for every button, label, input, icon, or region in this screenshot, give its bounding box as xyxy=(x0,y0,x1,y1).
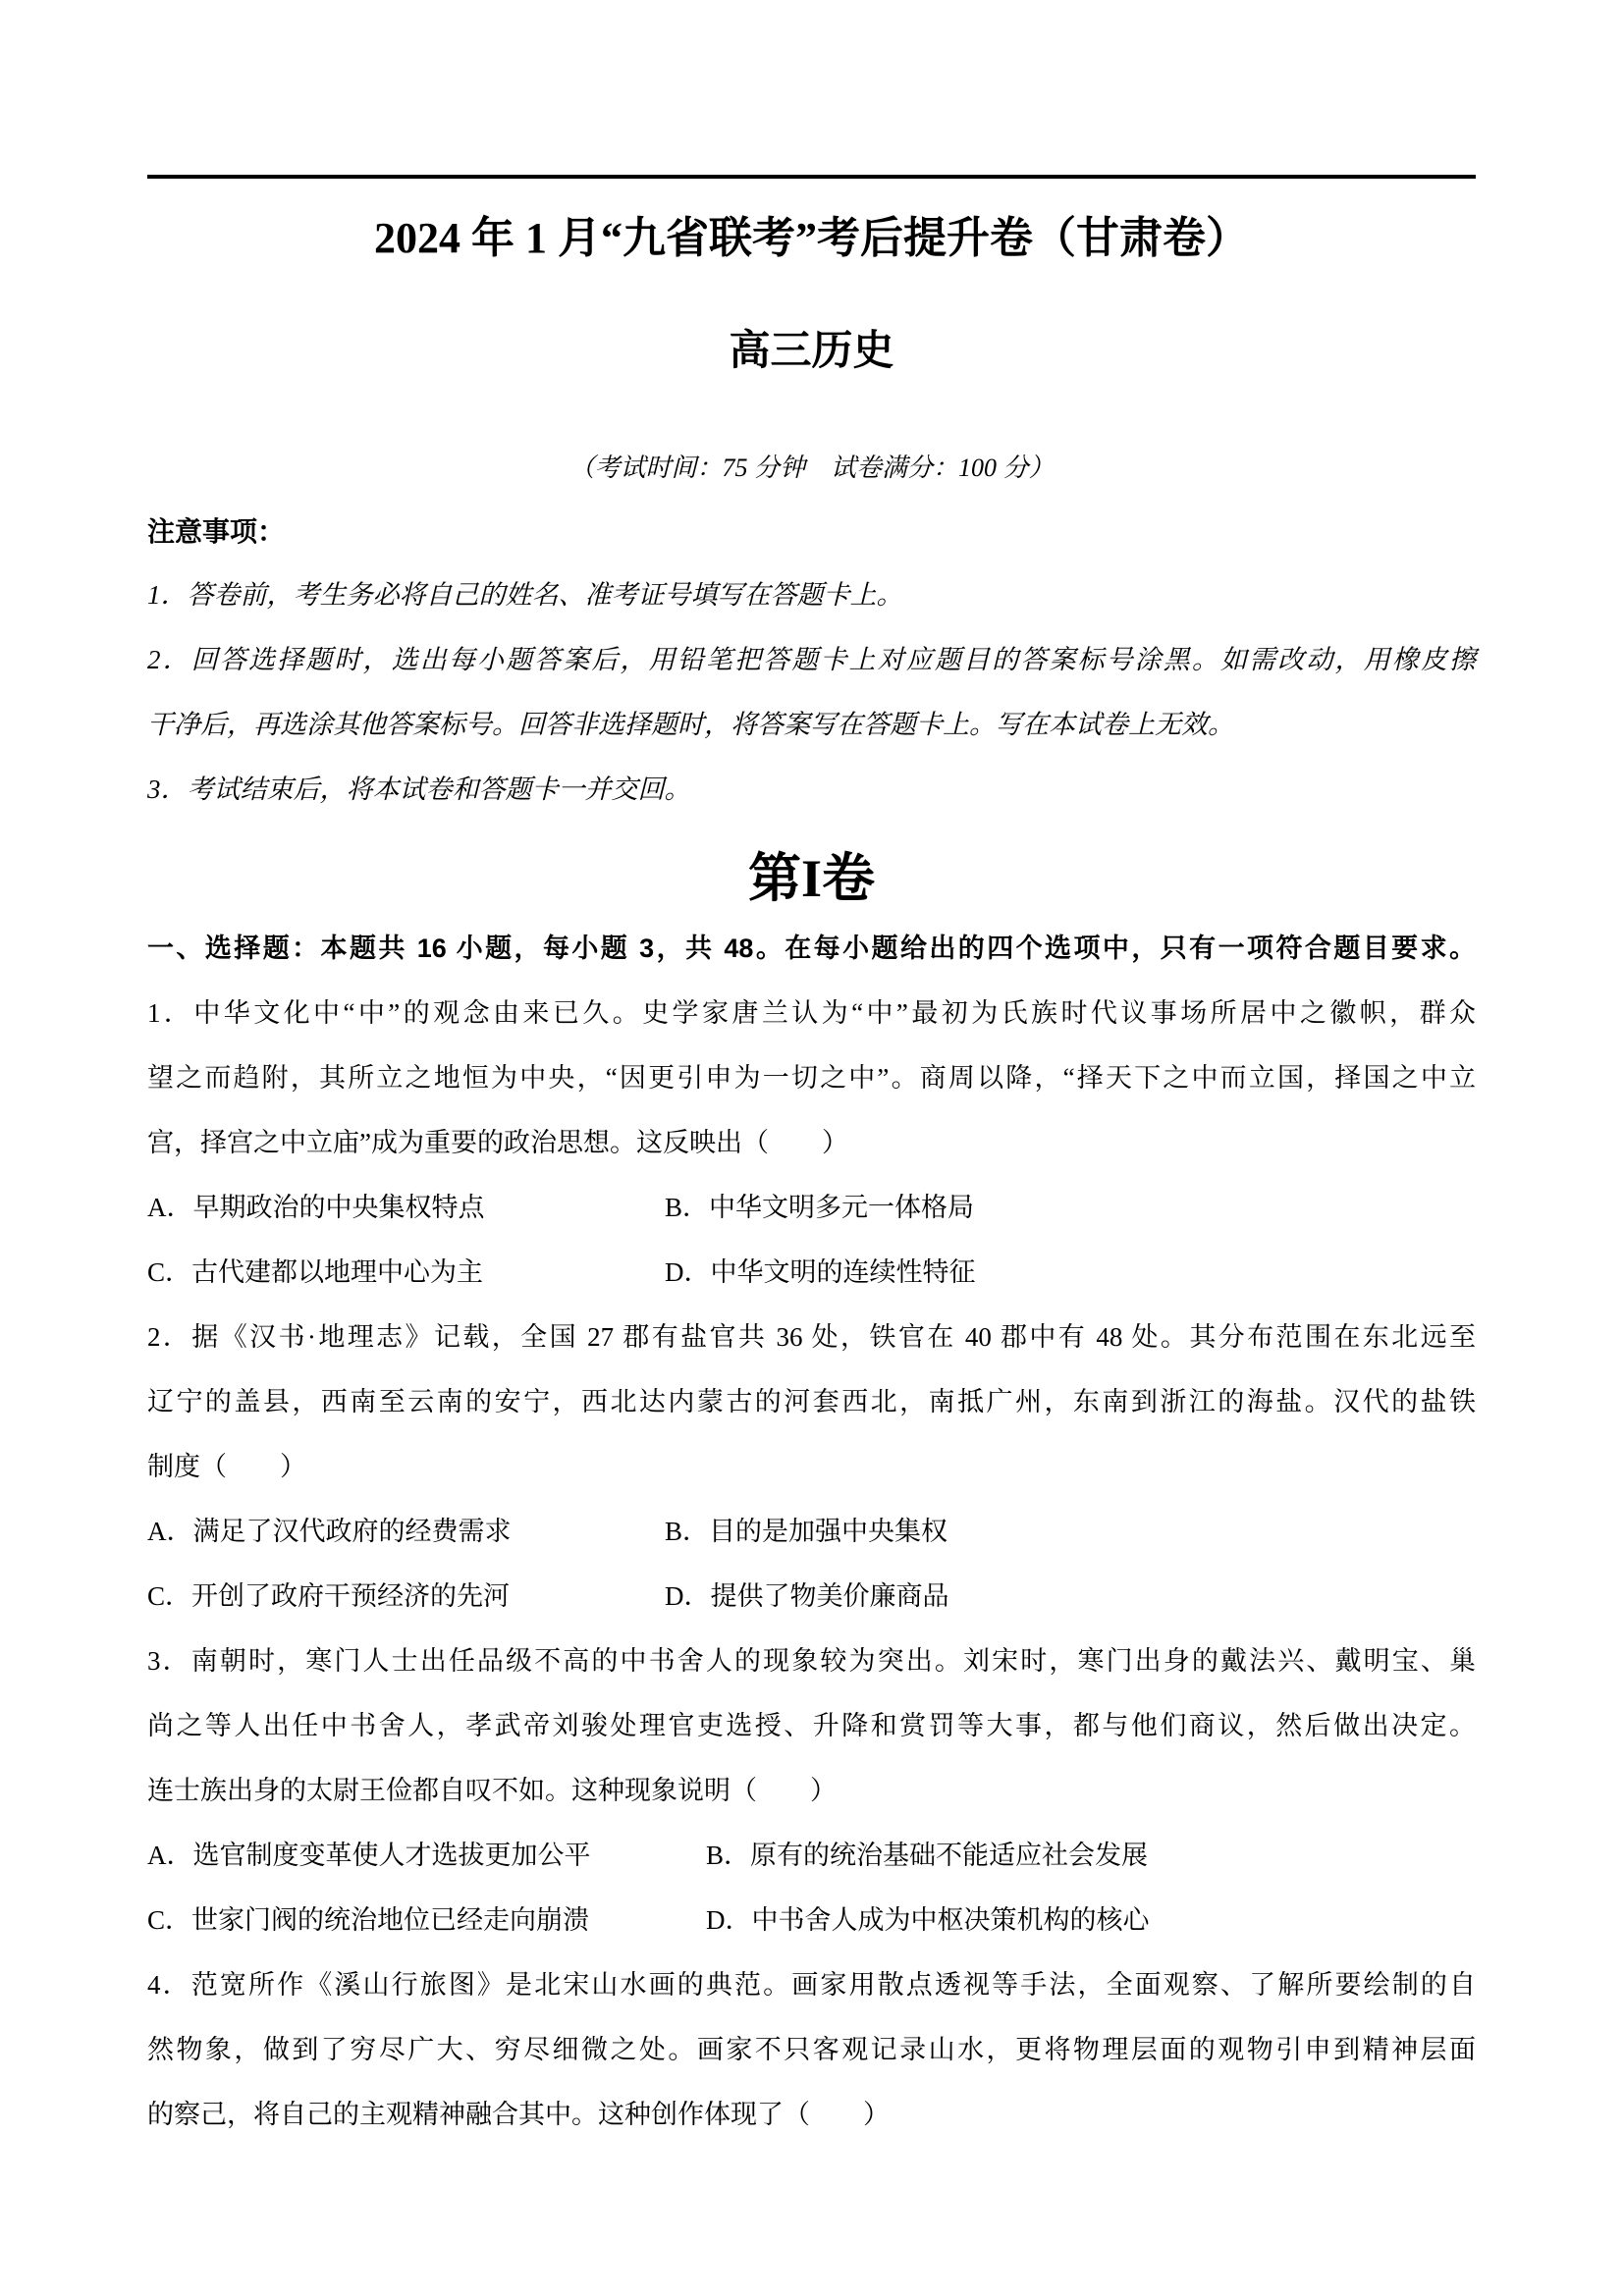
subject-title: 高三历史 xyxy=(147,330,1476,373)
question-1-line-1: 1．中华文化中“中”的观念由来已久。史学家唐兰认为“中”最初为氏族时代议事场所居… xyxy=(147,981,1476,1045)
header-rule xyxy=(147,175,1476,179)
question-3-option-d: D．中书舍人成为中枢决策机构的核心 xyxy=(706,1905,1150,1935)
question-1-option-c: C．古代建都以地理中心为主 xyxy=(147,1240,665,1305)
question-2-option-c: C．开创了政府干预经济的先河 xyxy=(147,1564,665,1629)
notice-line-3: 3．考试结束后，将本试卷和答题卡一并交回。 xyxy=(147,757,1476,822)
question-4-line-3: 的察己，将自己的主观精神融合其中。这种创作体现了（ ） xyxy=(147,2082,1476,2147)
exam-meta: （考试时间：75 分钟 试卷满分：100 分） xyxy=(147,454,1476,482)
question-2-option-d: D．提供了物美价廉商品 xyxy=(665,1581,949,1611)
question-1: 1．中华文化中“中”的观念由来已久。史学家唐兰认为“中”最初为氏族时代议事场所居… xyxy=(147,981,1476,1305)
section-heading: 一、选择题：本题共 16 小题，每小题 3，共 48。在每小题给出的四个选项中，… xyxy=(147,916,1476,981)
question-1-line-3: 宫，择宫之中立庙”成为重要的政治思想。这反映出（ ） xyxy=(147,1110,1476,1175)
question-2-option-b: B．目的是加强中央集权 xyxy=(665,1517,947,1546)
question-3-option-b: B．原有的统治基础不能适应社会发展 xyxy=(706,1841,1148,1870)
question-3-options-row-1: A．选官制度变革使人才选拔更加公平B．原有的统治基础不能适应社会发展 xyxy=(147,1823,1476,1888)
question-3-line-1: 3．南朝时，寒门人士出任品级不高的中书舍人的现象较为突出。刘宋时，寒门出身的戴法… xyxy=(147,1629,1476,1693)
notice-line-1: 1．答卷前，考生务必将自己的姓名、准考证号填写在答题卡上。 xyxy=(147,562,1476,627)
question-2-options-row-2: C．开创了政府干预经济的先河D．提供了物美价廉商品 xyxy=(147,1564,1476,1629)
question-3-line-2: 尚之等人出任中书舍人，孝武帝刘骏处理官吏选授、升降和赏罚等大事，都与他们商议，然… xyxy=(147,1693,1476,1758)
question-2-line-3: 制度（ ） xyxy=(147,1434,1476,1499)
volume-heading: 第I卷 xyxy=(147,851,1476,906)
exam-paper-page: 2024 年 1 月“九省联考”考后提升卷（甘肃卷） 高三历史 （考试时间：75… xyxy=(0,0,1624,2296)
page-title: 2024 年 1 月“九省联考”考后提升卷（甘肃卷） xyxy=(147,216,1476,261)
notice-line-2b: 干净后，再选涂其他答案标号。回答非选择题时，将答案写在答题卡上。写在本试卷上无效… xyxy=(147,692,1476,757)
question-4-line-2: 然物象，做到了穷尽广大、穷尽细微之处。画家不只客观记录山水，更将物理层面的观物引… xyxy=(147,2017,1476,2082)
question-2: 2．据《汉书·地理志》记载，全国 27 郡有盐官共 36 处，铁官在 40 郡中… xyxy=(147,1305,1476,1629)
question-4: 4．范宽所作《溪山行旅图》是北宋山水画的典范。画家用散点透视等手法，全面观察、了… xyxy=(147,1952,1476,2147)
question-1-option-a: A．早期政治的中央集权特点 xyxy=(147,1175,665,1240)
question-list: 1．中华文化中“中”的观念由来已久。史学家唐兰认为“中”最初为氏族时代议事场所居… xyxy=(147,981,1476,2147)
notice-heading: 注意事项： xyxy=(147,517,1476,547)
question-1-line-2: 望之而趋附，其所立之地恒为中央，“因更引申为一切之中”。商周以降，“择天下之中而… xyxy=(147,1045,1476,1110)
notice-line-2a: 2．回答选择题时，选出每小题答案后，用铅笔把答题卡上对应题目的答案标号涂黑。如需… xyxy=(147,627,1476,692)
question-1-options-row-1: A．早期政治的中央集权特点B．中华文明多元一体格局 xyxy=(147,1175,1476,1240)
question-1-option-b: B．中华文明多元一体格局 xyxy=(665,1193,974,1222)
question-3-line-3: 连士族出身的太尉王俭都自叹不如。这种现象说明（ ） xyxy=(147,1758,1476,1823)
question-3-options-row-2: C．世家门阀的统治地位已经走向崩溃D．中书舍人成为中枢决策机构的核心 xyxy=(147,1888,1476,1952)
question-2-line-1: 2．据《汉书·地理志》记载，全国 27 郡有盐官共 36 处，铁官在 40 郡中… xyxy=(147,1305,1476,1369)
question-3: 3．南朝时，寒门人士出任品级不高的中书舍人的现象较为突出。刘宋时，寒门出身的戴法… xyxy=(147,1629,1476,1952)
question-1-options-row-2: C．古代建都以地理中心为主D．中华文明的连续性特征 xyxy=(147,1240,1476,1305)
question-4-line-1: 4．范宽所作《溪山行旅图》是北宋山水画的典范。画家用散点透视等手法，全面观察、了… xyxy=(147,1952,1476,2017)
question-1-option-d: D．中华文明的连续性特征 xyxy=(665,1257,976,1287)
question-2-options-row-1: A．满足了汉代政府的经费需求B．目的是加强中央集权 xyxy=(147,1499,1476,1564)
question-2-line-2: 辽宁的盖县，西南至云南的安宁，西北达内蒙古的河套西北，南抵广州，东南到浙江的海盐… xyxy=(147,1369,1476,1434)
question-3-option-c: C．世家门阀的统治地位已经走向崩溃 xyxy=(147,1888,706,1952)
notice-list: 1．答卷前，考生务必将自己的姓名、准考证号填写在答题卡上。 2．回答选择题时，选… xyxy=(147,562,1476,822)
question-3-option-a: A．选官制度变革使人才选拔更加公平 xyxy=(147,1823,706,1888)
question-2-option-a: A．满足了汉代政府的经费需求 xyxy=(147,1499,665,1564)
